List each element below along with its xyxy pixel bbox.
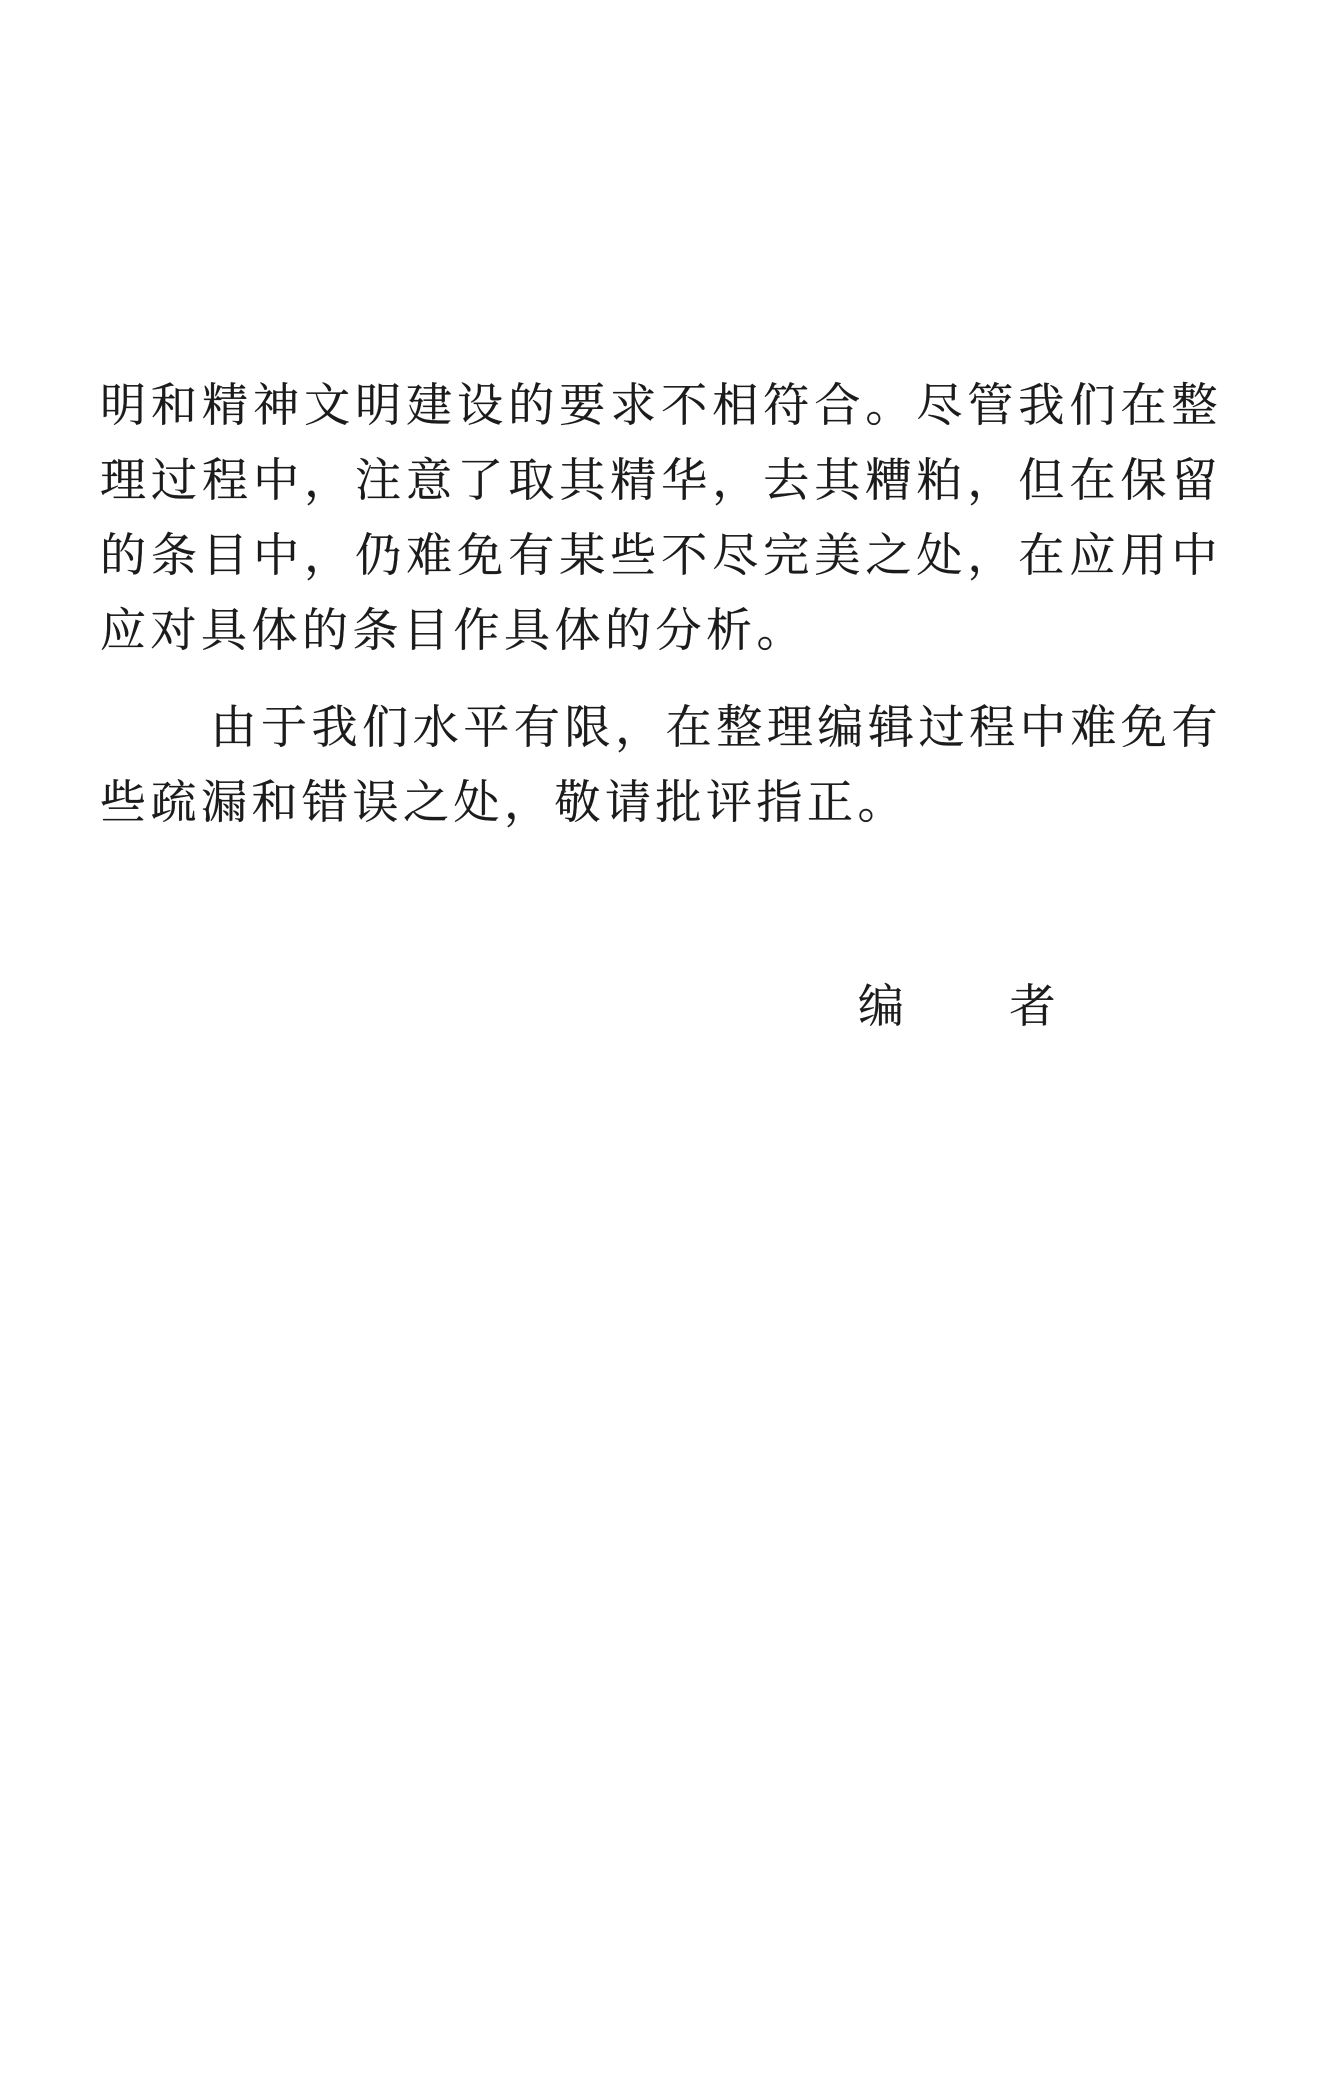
book-page: 明和精神文明建设的要求不相符合。尽管我们在整理过程中，注意了取其精华，去其糟粕，…: [0, 0, 1324, 2085]
paragraph-continuation: 明和精神文明建设的要求不相符合。尽管我们在整理过程中，注意了取其精华，去其糟粕，…: [100, 368, 1222, 668]
preface-text-block: 明和精神文明建设的要求不相符合。尽管我们在整理过程中，注意了取其精华，去其糟粕，…: [100, 368, 1222, 1032]
paragraph-closing: 由于我们水平有限，在整理编辑过程中难免有些疏漏和错误之处，敬请批评指正。: [100, 690, 1222, 840]
editor-signature: 编 者: [100, 982, 1222, 1032]
